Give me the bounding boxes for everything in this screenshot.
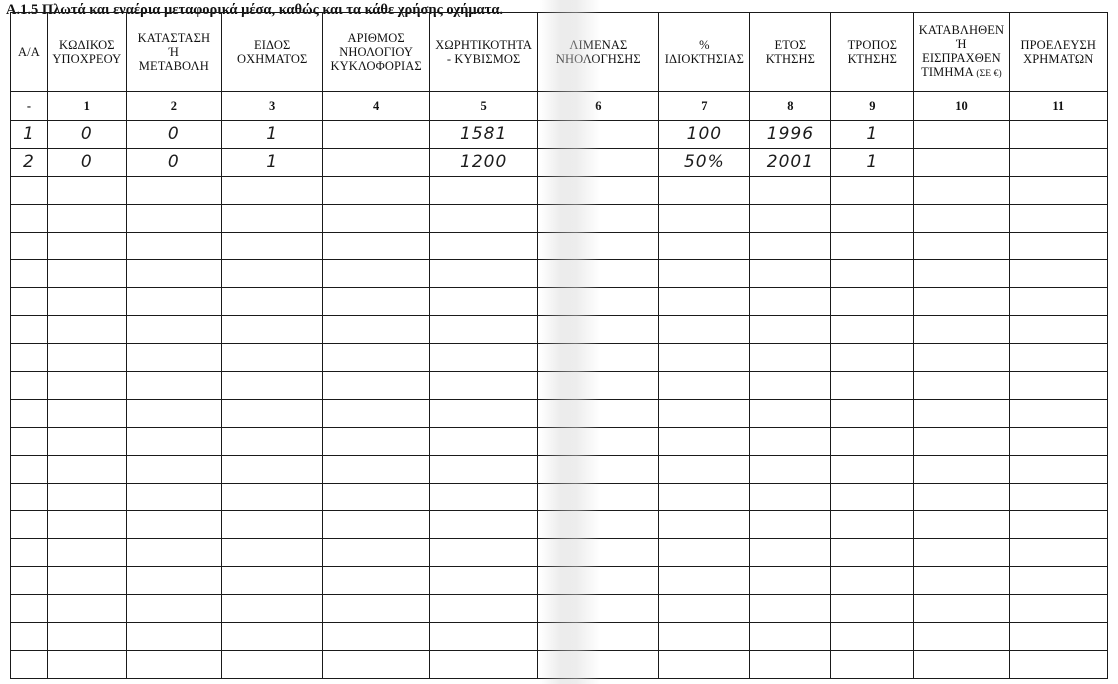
table-row: [11, 595, 1108, 623]
table-row: [11, 260, 1108, 288]
table-cell: [126, 511, 221, 539]
table-cell: [429, 260, 538, 288]
column-number: 7: [659, 92, 750, 121]
vehicles-table: Α/ΑΚΩΔΙΚΟΣΥΠΟΧΡΕΟΥΚΑΤΑΣΤΑΣΗΉΜΕΤΑΒΟΛΗΕΙΔΟ…: [10, 12, 1108, 679]
table-cell: [323, 455, 430, 483]
column-header: ΤΡΟΠΟΣΚΤΗΣΗΣ: [831, 13, 914, 92]
handwritten-value: 2001: [767, 152, 814, 172]
table-cell: [429, 455, 538, 483]
table-cell: [831, 455, 914, 483]
table-cell: [538, 232, 659, 260]
table-cell: [11, 204, 48, 232]
table-row: [11, 372, 1108, 400]
table-cell: [11, 567, 48, 595]
table-cell: [11, 372, 48, 400]
column-header-line: ΜΕΤΑΒΟΛΗ: [139, 59, 209, 73]
table-cell: [11, 427, 48, 455]
table-cell: 1: [221, 121, 322, 149]
table-cell: [750, 344, 831, 372]
column-number: 2: [126, 92, 221, 121]
table-cell: [323, 176, 430, 204]
column-number: 10: [914, 92, 1009, 121]
table-cell: [11, 539, 48, 567]
table-cell: [750, 511, 831, 539]
column-number: 11: [1009, 92, 1107, 121]
table-cell: [221, 372, 322, 400]
column-header: ΚΩΔΙΚΟΣΥΠΟΧΡΕΟΥ: [47, 13, 126, 92]
handwritten-value: 0: [168, 124, 180, 144]
column-header-line: ΤΡΟΠΟΣ: [848, 38, 898, 52]
column-header-line: ΚΥΚΛΟΦΟΡΙΑΣ: [330, 59, 421, 73]
table-cell: [659, 623, 750, 651]
table-cell: [11, 399, 48, 427]
table-cell: [831, 288, 914, 316]
table-cell: [47, 399, 126, 427]
column-header-line: ΛΙΜΕΝΑΣ: [569, 38, 627, 52]
table-cell: [126, 399, 221, 427]
column-header-line: Ή: [169, 45, 179, 59]
table-cell: [126, 455, 221, 483]
handwritten-value: 1200: [460, 152, 507, 172]
column-header-line: ΠΡΟΕΛΕΥΣΗ: [1020, 38, 1096, 52]
table-cell: [126, 260, 221, 288]
table-cell: [659, 232, 750, 260]
table-cell: [914, 399, 1009, 427]
table-row: [11, 483, 1108, 511]
table-cell: [1009, 650, 1107, 678]
table-cell: [914, 316, 1009, 344]
table-cell: [538, 121, 659, 149]
handwritten-value: 1: [266, 124, 278, 144]
table-cell: 1: [221, 148, 322, 176]
handwritten-value: 1: [23, 124, 35, 144]
table-cell: [429, 427, 538, 455]
table-cell: [126, 595, 221, 623]
table-cell: [323, 650, 430, 678]
table-cell: [914, 344, 1009, 372]
table-cell: [750, 427, 831, 455]
table-cell: [11, 455, 48, 483]
table-cell: [11, 511, 48, 539]
table-cell: [126, 288, 221, 316]
table-cell: [11, 623, 48, 651]
table-cell: [1009, 399, 1107, 427]
column-number: 1: [47, 92, 126, 121]
table-row: [11, 455, 1108, 483]
column-header-line: ΧΡΗΜΑΤΩΝ: [1023, 52, 1093, 66]
table-cell: [323, 511, 430, 539]
table-cell: [831, 539, 914, 567]
table-cell: [429, 344, 538, 372]
table-cell: [47, 344, 126, 372]
table-row: [11, 539, 1108, 567]
table-cell: [659, 344, 750, 372]
table-cell: [323, 567, 430, 595]
column-header-line: ΚΤΗΣΗΣ: [766, 52, 815, 66]
handwritten-value: 1996: [767, 124, 814, 144]
table-cell: [659, 539, 750, 567]
table-cell: [1009, 455, 1107, 483]
table-cell: [750, 539, 831, 567]
table-cell: [831, 232, 914, 260]
table-cell: [914, 595, 1009, 623]
table-cell: [914, 567, 1009, 595]
table-cell: [323, 399, 430, 427]
table-cell: [221, 483, 322, 511]
column-header-line: ΕΙΣΠΡΑΧΘΕΝ: [922, 51, 1001, 65]
table-cell: [323, 232, 430, 260]
table-cell: [538, 204, 659, 232]
table-cell: [323, 372, 430, 400]
table-cell: 0: [47, 148, 126, 176]
table-cell: 1: [11, 121, 48, 149]
column-header-line: ΚΑΤΑΣΤΑΣΗ: [138, 31, 210, 45]
column-header-line: ΚΤΗΣΗΣ: [848, 52, 897, 66]
table-cell: [47, 372, 126, 400]
table-cell: [429, 399, 538, 427]
column-header: ΑΡΙΘΜΟΣΝΗΟΛΟΓΙΟΥΚΥΚΛΟΦΟΡΙΑΣ: [323, 13, 430, 92]
table-cell: [914, 121, 1009, 149]
table-cell: [126, 567, 221, 595]
table-cell: [659, 483, 750, 511]
column-header-line: ΙΔΙΟΚΤΗΣΙΑΣ: [665, 52, 744, 66]
table-cell: [429, 539, 538, 567]
column-header: ΠΡΟΕΛΕΥΣΗΧΡΗΜΑΤΩΝ: [1009, 13, 1107, 92]
table-cell: [126, 427, 221, 455]
table-cell: [126, 372, 221, 400]
column-header-line: Α/Α: [18, 45, 40, 59]
table-cell: [1009, 427, 1107, 455]
column-header-line: - ΚΥΒΙΣΜΟΣ: [447, 52, 521, 66]
table-cell: [126, 176, 221, 204]
table-cell: [221, 344, 322, 372]
table-row: [11, 567, 1108, 595]
handwritten-value: 50%: [684, 152, 725, 172]
table-cell: [221, 232, 322, 260]
table-cell: [47, 260, 126, 288]
table-cell: [659, 372, 750, 400]
table-cell: [126, 316, 221, 344]
column-header-line: ΚΑΤΑΒΛΗΘΕΝ: [919, 23, 1004, 37]
column-header-line: ΕΙΔΟΣ: [254, 38, 290, 52]
table-cell: [538, 288, 659, 316]
table-cell: [538, 260, 659, 288]
table-cell: [1009, 539, 1107, 567]
table-cell: [323, 483, 430, 511]
table-cell: [914, 176, 1009, 204]
handwritten-value: 1: [866, 124, 878, 144]
table-cell: [831, 344, 914, 372]
table-cell: [126, 232, 221, 260]
table-cell: [429, 288, 538, 316]
table-row: [11, 650, 1108, 678]
column-header-line: ΥΠΟΧΡΕΟΥ: [52, 52, 121, 66]
table-row: [11, 511, 1108, 539]
column-number: 3: [221, 92, 322, 121]
table-cell: [659, 399, 750, 427]
table-cell: [47, 595, 126, 623]
table-cell: [750, 455, 831, 483]
table-cell: [538, 623, 659, 651]
table-cell: [914, 204, 1009, 232]
table-cell: 1581: [429, 121, 538, 149]
table-row: [11, 288, 1108, 316]
table-cell: [659, 204, 750, 232]
table-cell: [914, 148, 1009, 176]
table-cell: [538, 399, 659, 427]
table-cell: [1009, 344, 1107, 372]
column-header: ΕΙΔΟΣΟΧΗΜΑΤΟΣ: [221, 13, 322, 92]
column-number: 9: [831, 92, 914, 121]
table-row: [11, 399, 1108, 427]
table-cell: [750, 316, 831, 344]
table-cell: [538, 455, 659, 483]
table-cell: [126, 539, 221, 567]
table-cell: 0: [47, 121, 126, 149]
table-cell: [659, 455, 750, 483]
table-cell: 1: [831, 121, 914, 149]
table-cell: [914, 232, 1009, 260]
table-cell: [126, 344, 221, 372]
table-cell: 1996: [750, 121, 831, 149]
table-cell: [659, 427, 750, 455]
table-cell: 1200: [429, 148, 538, 176]
table-cell: [538, 148, 659, 176]
table-cell: [221, 650, 322, 678]
table-cell: [538, 372, 659, 400]
table-row: [11, 204, 1108, 232]
table-cell: [538, 650, 659, 678]
column-header-line: ΕΤΟΣ: [775, 38, 807, 52]
table-cell: [221, 427, 322, 455]
table-cell: [1009, 176, 1107, 204]
table-cell: [750, 204, 831, 232]
table-cell: [221, 623, 322, 651]
handwritten-value: 0: [168, 152, 180, 172]
table-cell: [323, 623, 430, 651]
table-cell: [11, 316, 48, 344]
table-cell: [659, 511, 750, 539]
table-cell: [47, 650, 126, 678]
column-header-line: ΝΗΟΛΟΓΗΣΗΣ: [556, 52, 641, 66]
table-cell: [1009, 148, 1107, 176]
table-cell: [11, 176, 48, 204]
table-cell: [47, 232, 126, 260]
column-number: -: [11, 92, 48, 121]
table-cell: [750, 623, 831, 651]
table-cell: [323, 427, 430, 455]
column-header-line: Ή: [956, 37, 966, 51]
table-cell: [221, 511, 322, 539]
table-cell: [831, 623, 914, 651]
table-cell: 50%: [659, 148, 750, 176]
table-row: [11, 232, 1108, 260]
table-cell: [47, 623, 126, 651]
table-cell: [538, 567, 659, 595]
table-row: [11, 344, 1108, 372]
table-cell: [429, 567, 538, 595]
table-cell: [47, 455, 126, 483]
table-cell: [659, 567, 750, 595]
table-cell: [429, 316, 538, 344]
table-cell: [538, 483, 659, 511]
table-cell: [831, 176, 914, 204]
column-header-line: ΤΙΜΗΜΑ (ΣΕ €): [921, 65, 1002, 79]
table-cell: [914, 483, 1009, 511]
table-cell: [429, 176, 538, 204]
table-cell: [323, 316, 430, 344]
table-cell: [538, 539, 659, 567]
table-cell: [11, 260, 48, 288]
table-cell: [1009, 316, 1107, 344]
table-cell: [1009, 204, 1107, 232]
table-cell: [831, 511, 914, 539]
table-cell: [429, 623, 538, 651]
handwritten-value: 0: [81, 152, 93, 172]
table-cell: [323, 204, 430, 232]
column-number: 6: [538, 92, 659, 121]
table-cell: [914, 511, 1009, 539]
table-cell: [831, 204, 914, 232]
table-cell: [47, 427, 126, 455]
table-cell: [831, 483, 914, 511]
column-header: ΚΑΤΑΣΤΑΣΗΉΜΕΤΑΒΟΛΗ: [126, 13, 221, 92]
table-cell: 1: [831, 148, 914, 176]
table-row: 2001120050%20011: [11, 148, 1108, 176]
table-cell: [323, 539, 430, 567]
table-cell: [750, 288, 831, 316]
column-header-line: ΟΧΗΜΑΤΟΣ: [237, 52, 307, 66]
column-header: ΛΙΜΕΝΑΣΝΗΟΛΟΓΗΣΗΣ: [538, 13, 659, 92]
table-cell: [429, 372, 538, 400]
table-row: 1001158110019961: [11, 121, 1108, 149]
table-cell: [47, 316, 126, 344]
handwritten-value: 2: [23, 152, 35, 172]
table-cell: [47, 204, 126, 232]
table-cell: 0: [126, 148, 221, 176]
table-cell: [914, 650, 1009, 678]
table-cell: [831, 399, 914, 427]
table-cell: 2: [11, 148, 48, 176]
table-cell: [221, 539, 322, 567]
table-cell: [323, 260, 430, 288]
table-cell: [750, 176, 831, 204]
table-cell: [1009, 511, 1107, 539]
redacted-cell: [323, 121, 430, 149]
table-row: [11, 176, 1108, 204]
table-cell: [1009, 623, 1107, 651]
table-row: [11, 623, 1108, 651]
table-cell: [914, 427, 1009, 455]
table-cell: [538, 511, 659, 539]
table-cell: [750, 650, 831, 678]
table-cell: [429, 204, 538, 232]
table-cell: [1009, 288, 1107, 316]
table-cell: [750, 232, 831, 260]
table-cell: [126, 204, 221, 232]
table-cell: [126, 650, 221, 678]
table-cell: [831, 316, 914, 344]
table-cell: [659, 176, 750, 204]
table-cell: [831, 567, 914, 595]
table-cell: [914, 372, 1009, 400]
handwritten-value: 100: [687, 124, 722, 144]
table-cell: [221, 204, 322, 232]
table-cell: [221, 567, 322, 595]
table-cell: [221, 595, 322, 623]
table-cell: [831, 372, 914, 400]
table-cell: [659, 595, 750, 623]
table-cell: [1009, 567, 1107, 595]
table-cell: [831, 650, 914, 678]
table-cell: [221, 455, 322, 483]
column-header: Α/Α: [11, 13, 48, 92]
table-cell: [429, 511, 538, 539]
column-header-line: %: [699, 38, 710, 52]
table-cell: [11, 595, 48, 623]
table-cell: [659, 288, 750, 316]
table-cell: [538, 176, 659, 204]
table-cell: [1009, 121, 1107, 149]
table-cell: [429, 232, 538, 260]
table-cell: [429, 595, 538, 623]
table-cell: [750, 372, 831, 400]
table-cell: [914, 539, 1009, 567]
table-cell: [750, 595, 831, 623]
table-cell: [47, 176, 126, 204]
table-cell: [47, 483, 126, 511]
table-body: 10011581100199612001120050%20011: [11, 121, 1108, 679]
table-cell: [221, 399, 322, 427]
column-header: ΕΤΟΣΚΤΗΣΗΣ: [750, 13, 831, 92]
table-cell: [1009, 483, 1107, 511]
table-cell: 100: [659, 121, 750, 149]
column-header: %ΙΔΙΟΚΤΗΣΙΑΣ: [659, 13, 750, 92]
table-cell: [914, 260, 1009, 288]
table-cell: [659, 316, 750, 344]
table-cell: [47, 288, 126, 316]
table-cell: [1009, 595, 1107, 623]
table-cell: [221, 316, 322, 344]
handwritten-value: 1: [266, 152, 278, 172]
table-cell: [323, 595, 430, 623]
table-cell: 2001: [750, 148, 831, 176]
table-cell: [914, 455, 1009, 483]
table-cell: [429, 483, 538, 511]
table-cell: [11, 344, 48, 372]
table-row: [11, 316, 1108, 344]
table-cell: [221, 176, 322, 204]
table-cell: [126, 483, 221, 511]
table-cell: [429, 650, 538, 678]
column-header: ΧΩΡΗΤΙΚΟΤΗΤΑ- ΚΥΒΙΣΜΟΣ: [429, 13, 538, 92]
table-cell: [538, 427, 659, 455]
column-number: 8: [750, 92, 831, 121]
table-cell: [11, 650, 48, 678]
table-cell: [126, 623, 221, 651]
table-cell: [323, 288, 430, 316]
table-cell: [831, 427, 914, 455]
table-cell: [538, 595, 659, 623]
handwritten-value: 1: [866, 152, 878, 172]
table-cell: 0: [126, 121, 221, 149]
table-cell: [659, 650, 750, 678]
column-number-row: -1234567891011: [11, 92, 1108, 121]
table-cell: [831, 595, 914, 623]
column-header-line: ΧΩΡΗΤΙΚΟΤΗΤΑ: [435, 38, 532, 52]
table-cell: [750, 483, 831, 511]
table-cell: [11, 232, 48, 260]
